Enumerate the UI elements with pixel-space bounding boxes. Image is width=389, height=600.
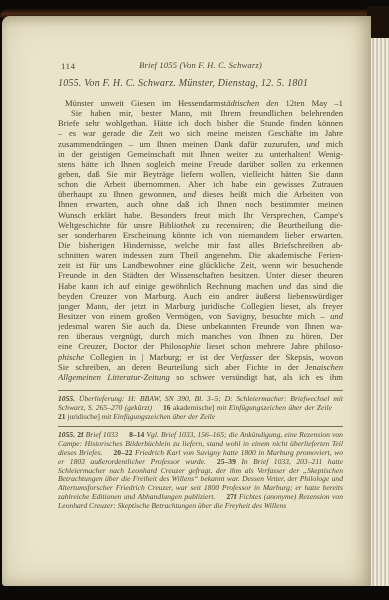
text-line: stens hätte ich Ihnen sogleich meine Fre… — [58, 159, 343, 169]
text-segment: und — [307, 139, 320, 149]
text-segment: und — [330, 311, 343, 321]
text-line: 20beyden Creuzer von Marburg. Auch ein a… — [58, 291, 343, 301]
text-segment: ädtischen — [226, 98, 259, 108]
text-segment: – es war gerade die Zeit wo sich meine m… — [58, 128, 343, 138]
text-segment: Habe kann ich auf einige gewöhnlich Rech… — [58, 281, 278, 291]
text-line: phische Collegien in | Marburg; er ist d… — [58, 352, 343, 362]
text-segment: 1055. — [58, 430, 75, 439]
text-segment: und — [278, 281, 291, 291]
apparatus-block-2: 1055. 2f Brief 10338–14 Vgl. Brief 1033,… — [58, 431, 343, 510]
text-segment: Besitzer von einem großen Vermögen, von … — [58, 311, 330, 321]
text-segment: stens hätte ich Ihnen sogleich meine Fre… — [58, 159, 343, 169]
text-line: Briefe sehr wohlgethan. Hätte ich doch b… — [58, 118, 343, 128]
letter-body: Münster unweit Giesen im Hessendarmstädt… — [58, 98, 343, 382]
text-segment: Die bisherigen Hindernisse, welche mir f… — [58, 240, 343, 250]
text-segment: zeit ist für uns Landbewohner eine glück… — [58, 260, 343, 270]
text-segment: eine Creuzer, Doctor der Philoso — [58, 341, 186, 351]
letter-heading: 1055. Von F. H. C. Schwarz. Münster, Die… — [58, 78, 343, 90]
text-segment: akademische] — [171, 403, 217, 412]
text-segment: jedesmal waren Sie auch da. Diese unbeka… — [58, 321, 343, 331]
text-segment: Freunde in den Städten der Wissenschafte… — [58, 270, 343, 280]
text-segment: 25–39 — [217, 457, 236, 466]
text-line: 5zusammendrängen – um Ihnen meinen Dank … — [58, 139, 343, 149]
text-segment: Brief 1033 — [84, 430, 119, 439]
page-content: 114 Brief 1055 (Von F. H. C. Schwarz) 10… — [58, 60, 343, 511]
text-segment: 20–22 — [113, 448, 132, 457]
text-line: ren überaus vergnügt, durch mich manches… — [58, 331, 343, 341]
text-line: Münster unweit Giesen im Hessendarmstädt… — [58, 98, 343, 108]
text-segment: juridische] — [66, 412, 102, 421]
text-segment: zu recensiren; die Beurtheilung die- — [195, 220, 343, 230]
text-segment: Ihnen erwarten, auch ohne daß ich Ihnen … — [58, 199, 343, 209]
text-segment: dieses heißt mich die Arbeiten von — [196, 189, 343, 199]
text-segment: den — [266, 98, 278, 108]
text-line: – es war gerade die Zeit wo sich meine m… — [58, 128, 343, 138]
text-segment: das sind die — [291, 281, 343, 291]
text-segment: lieset schon mehrere Jahre philoso- — [201, 341, 343, 351]
text-line: schnitten waren indessen zum Theil angen… — [58, 250, 343, 260]
text-line: 10überhaupt zu Ihnen gewonnen, und diese… — [58, 189, 343, 199]
text-segment: Sie haben mir, bester Mann, mit Ihrem fr… — [71, 108, 343, 118]
text-segment: geben, daß Sie mir Beyträge liefern woll… — [58, 169, 343, 179]
text-line: in der geistigen Gemeinschaft mit Ihnen … — [58, 149, 343, 159]
text-segment: 1055. — [58, 394, 75, 403]
book-page: 114 Brief 1055 (Von F. H. C. Schwarz) 10… — [2, 16, 371, 586]
text-line: 15Die bisherigen Hindernisse, welche mir… — [58, 240, 343, 250]
text-line: Ihnen erwarten, auch ohne daß ich Ihnen … — [58, 199, 343, 209]
text-segment: 8–14 — [129, 430, 144, 439]
text-line: jedesmal waren Sie auch da. Diese unbeka… — [58, 321, 343, 331]
text-segment: Briefe sehr wohlgethan. Hätte ich doch b… — [58, 118, 343, 128]
text-segment: Allgemeinen Litteratur-Zeitung — [58, 372, 170, 382]
text-segment: der Skepsis, wovon — [263, 352, 343, 362]
text-segment: Collegien in | Marburg; er ist der Ver — [84, 352, 242, 362]
text-segment: und — [183, 189, 196, 199]
running-header: Brief 1055 (Von F. H. C. Schwarz) — [58, 60, 343, 70]
text-line: geben, daß Sie mir Beyträge liefern woll… — [58, 169, 343, 179]
page-number: 114 — [61, 61, 76, 71]
apparatus-rule-2 — [58, 426, 343, 427]
text-segment: beyden Creuzer von Marburg. Auch ein and… — [58, 291, 343, 301]
text-line: Sie schreiben, an deren Beurteilung sich… — [58, 362, 343, 372]
text-segment: 21 — [58, 412, 66, 421]
text-segment: 27f — [226, 492, 236, 501]
text-segment: zusammendrängen – um Ihnen meinen Dank d… — [58, 139, 307, 149]
text-line: schon die Arbeit übernommen. Aber ich ha… — [58, 179, 343, 189]
text-line: 25eine Creuzer, Doctor der Philosophie l… — [58, 341, 343, 351]
apparatus-rule-1 — [58, 390, 343, 391]
text-line: Sie haben mir, bester Mann, mit Ihrem fr… — [58, 108, 343, 118]
text-segment: Wunsch erklärt habe. Besonders freut mic… — [58, 210, 343, 220]
running-header-row: 114 Brief 1055 (Von F. H. C. Schwarz) — [58, 60, 343, 72]
text-segment: phische — [58, 352, 84, 362]
text-segment: Weltgeschichte für unsre Bibl — [58, 220, 174, 230]
text-segment: mich — [319, 139, 343, 149]
text-segment: in der geistigen Gemeinschaft mit Ihnen … — [58, 149, 343, 159]
text-line: zeit ist für uns Landbewohner eine glück… — [58, 260, 343, 270]
text-segment: schon die Arbeit übernommen. Aber ich ha… — [58, 179, 343, 189]
text-segment: 12ten May –1 — [279, 98, 343, 108]
text-line: Besitzer von einem großen Vermögen, von … — [58, 311, 343, 321]
text-segment: phie — [186, 341, 201, 351]
text-segment: ren überaus vergnügt, durch mich manches… — [58, 331, 343, 341]
text-segment: Sie schreiben, an deren Beurteilung sich… — [58, 362, 317, 372]
text-segment: aischen — [317, 362, 343, 372]
text-line: Freunde in den Städten der Wissenschafte… — [58, 270, 343, 280]
text-line: Wunsch erklärt habe. Besonders freut mic… — [58, 210, 343, 220]
text-segment: 16 — [163, 403, 171, 412]
apparatus-block-1: 1055. Überlieferung: H: BBAW, SN 390, Bl… — [58, 395, 343, 421]
text-line: Habe kann ich auf einige gewöhnlich Rech… — [58, 281, 343, 291]
text-segment: iothek — [174, 220, 195, 230]
text-segment: fasser — [242, 352, 263, 362]
text-segment: ser sonderbaren Erscheinung könnte ich v… — [58, 230, 343, 240]
text-line: Weltgeschichte für unsre Bibliothek zu r… — [58, 220, 343, 230]
text-line: Allgemeinen Litteratur-Zeitung so schwer… — [58, 372, 343, 382]
text-segment: überhaupt zu Ihnen gewonnen, — [58, 189, 183, 199]
text-segment: mit Einfügungszeichen über der Zeile — [217, 403, 332, 412]
text-segment: so schwer versündigt hat, als ich es ihm — [170, 372, 343, 382]
text-segment: mit Einfügungszeichen über der Zeile — [102, 412, 216, 421]
text-segment: Münster unweit Giesen im Hessendarmst — [65, 98, 226, 108]
text-line: ser sonderbaren Erscheinung könnte ich v… — [58, 230, 343, 240]
text-segment: schnitten waren indessen zum Theil angen… — [58, 250, 343, 260]
text-line: junger Mann, der jetzt in Marburg juridi… — [58, 301, 343, 311]
text-segment: junger Mann, der jetzt in Marburg juridi… — [58, 301, 343, 311]
page-edge-strip — [370, 38, 389, 586]
